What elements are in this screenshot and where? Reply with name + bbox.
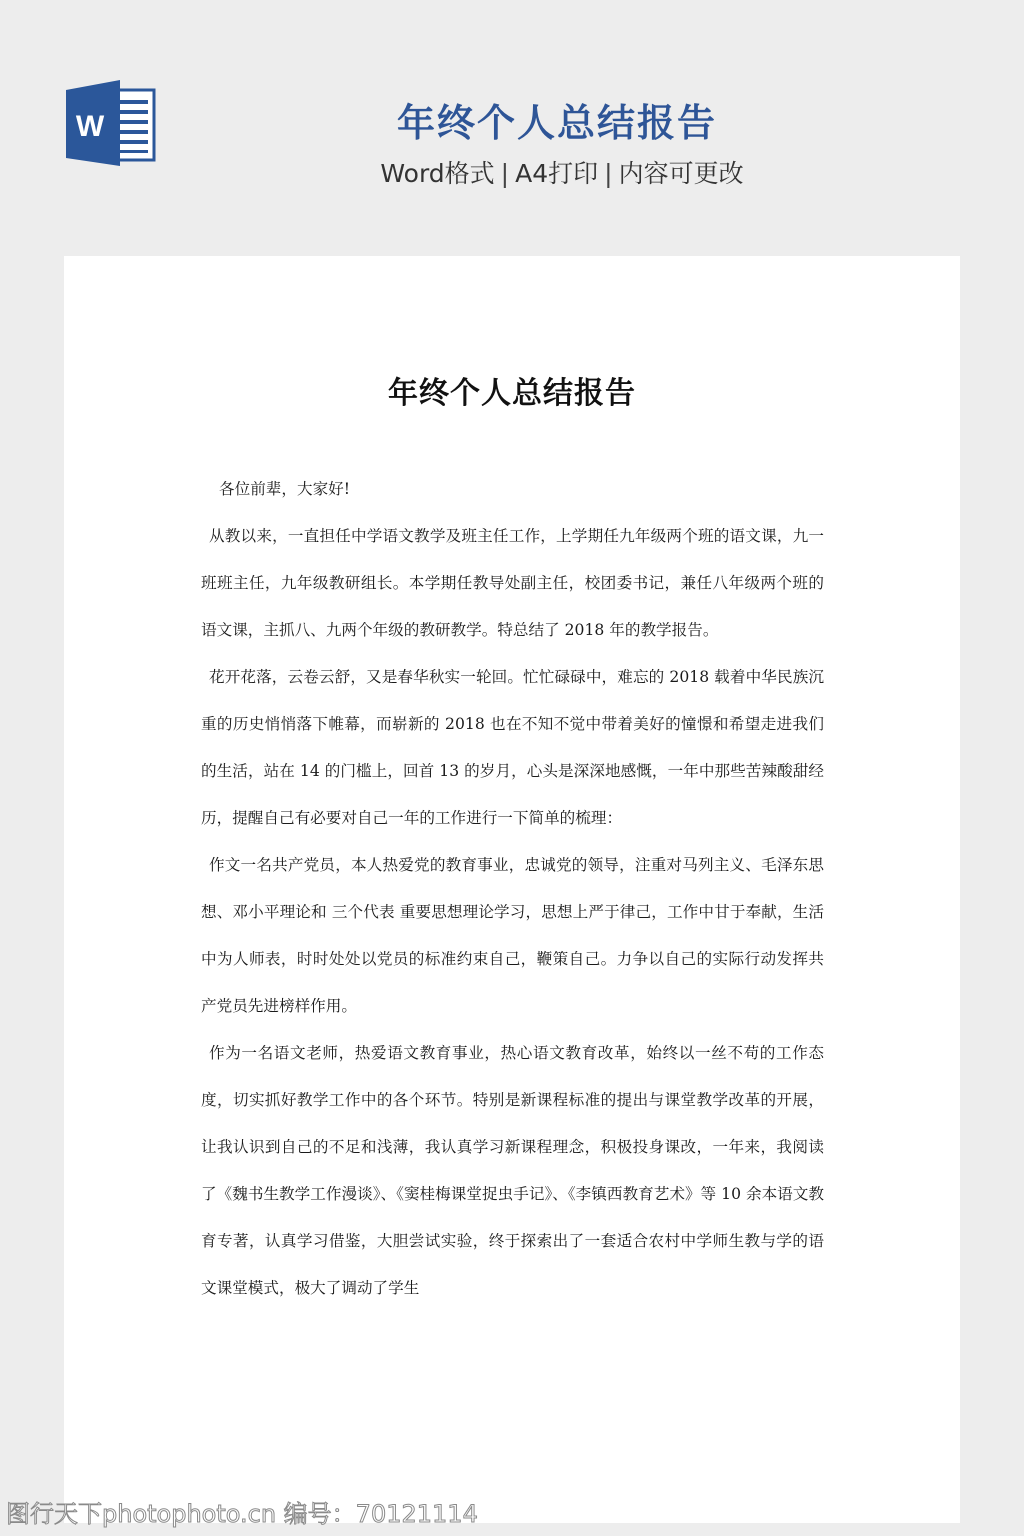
document-page: 年终个人总结报告 各位前辈，大家好! 从教以来，一直担任中学语文教学及班主任工作… [64, 256, 960, 1523]
watermark: 图行天下photophoto.cn 编号：70121114 [6, 1494, 478, 1529]
document-body: 各位前辈，大家好! 从教以来，一直担任中学语文教学及班主任工作，上学期任九年级两… [201, 466, 824, 1312]
header-subtitle: Word格式|A4打印|内容可更改 [0, 154, 1024, 190]
subtitle-print: A4打印 [515, 159, 598, 188]
subtitle-editable: 内容可更改 [619, 159, 744, 188]
greeting: 各位前辈，大家好! [201, 466, 824, 513]
document-title: 年终个人总结报告 [64, 368, 960, 412]
subtitle-format: Word格式 [380, 159, 494, 188]
subtitle-separator: | [501, 159, 509, 188]
paragraph: 从教以来，一直担任中学语文教学及班主任工作，上学期任九年级两个班的语文课，九一班… [201, 513, 824, 654]
paragraph: 作文一名共产党员，本人热爱党的教育事业，忠诚党的领导，注重对马列主义、毛泽东思想… [201, 842, 824, 1030]
subtitle-separator: | [604, 159, 612, 188]
paragraph: 作为一名语文老师，热爱语文教育事业，热心语文教育改革，始终以一丝不苟的工作态度，… [201, 1030, 824, 1312]
header-title: 年终个人总结报告 [0, 92, 1024, 147]
paragraph: 花开花落，云卷云舒，又是春华秋实一轮回。忙忙碌碌中，难忘的 2018 载着中华民… [201, 654, 824, 842]
